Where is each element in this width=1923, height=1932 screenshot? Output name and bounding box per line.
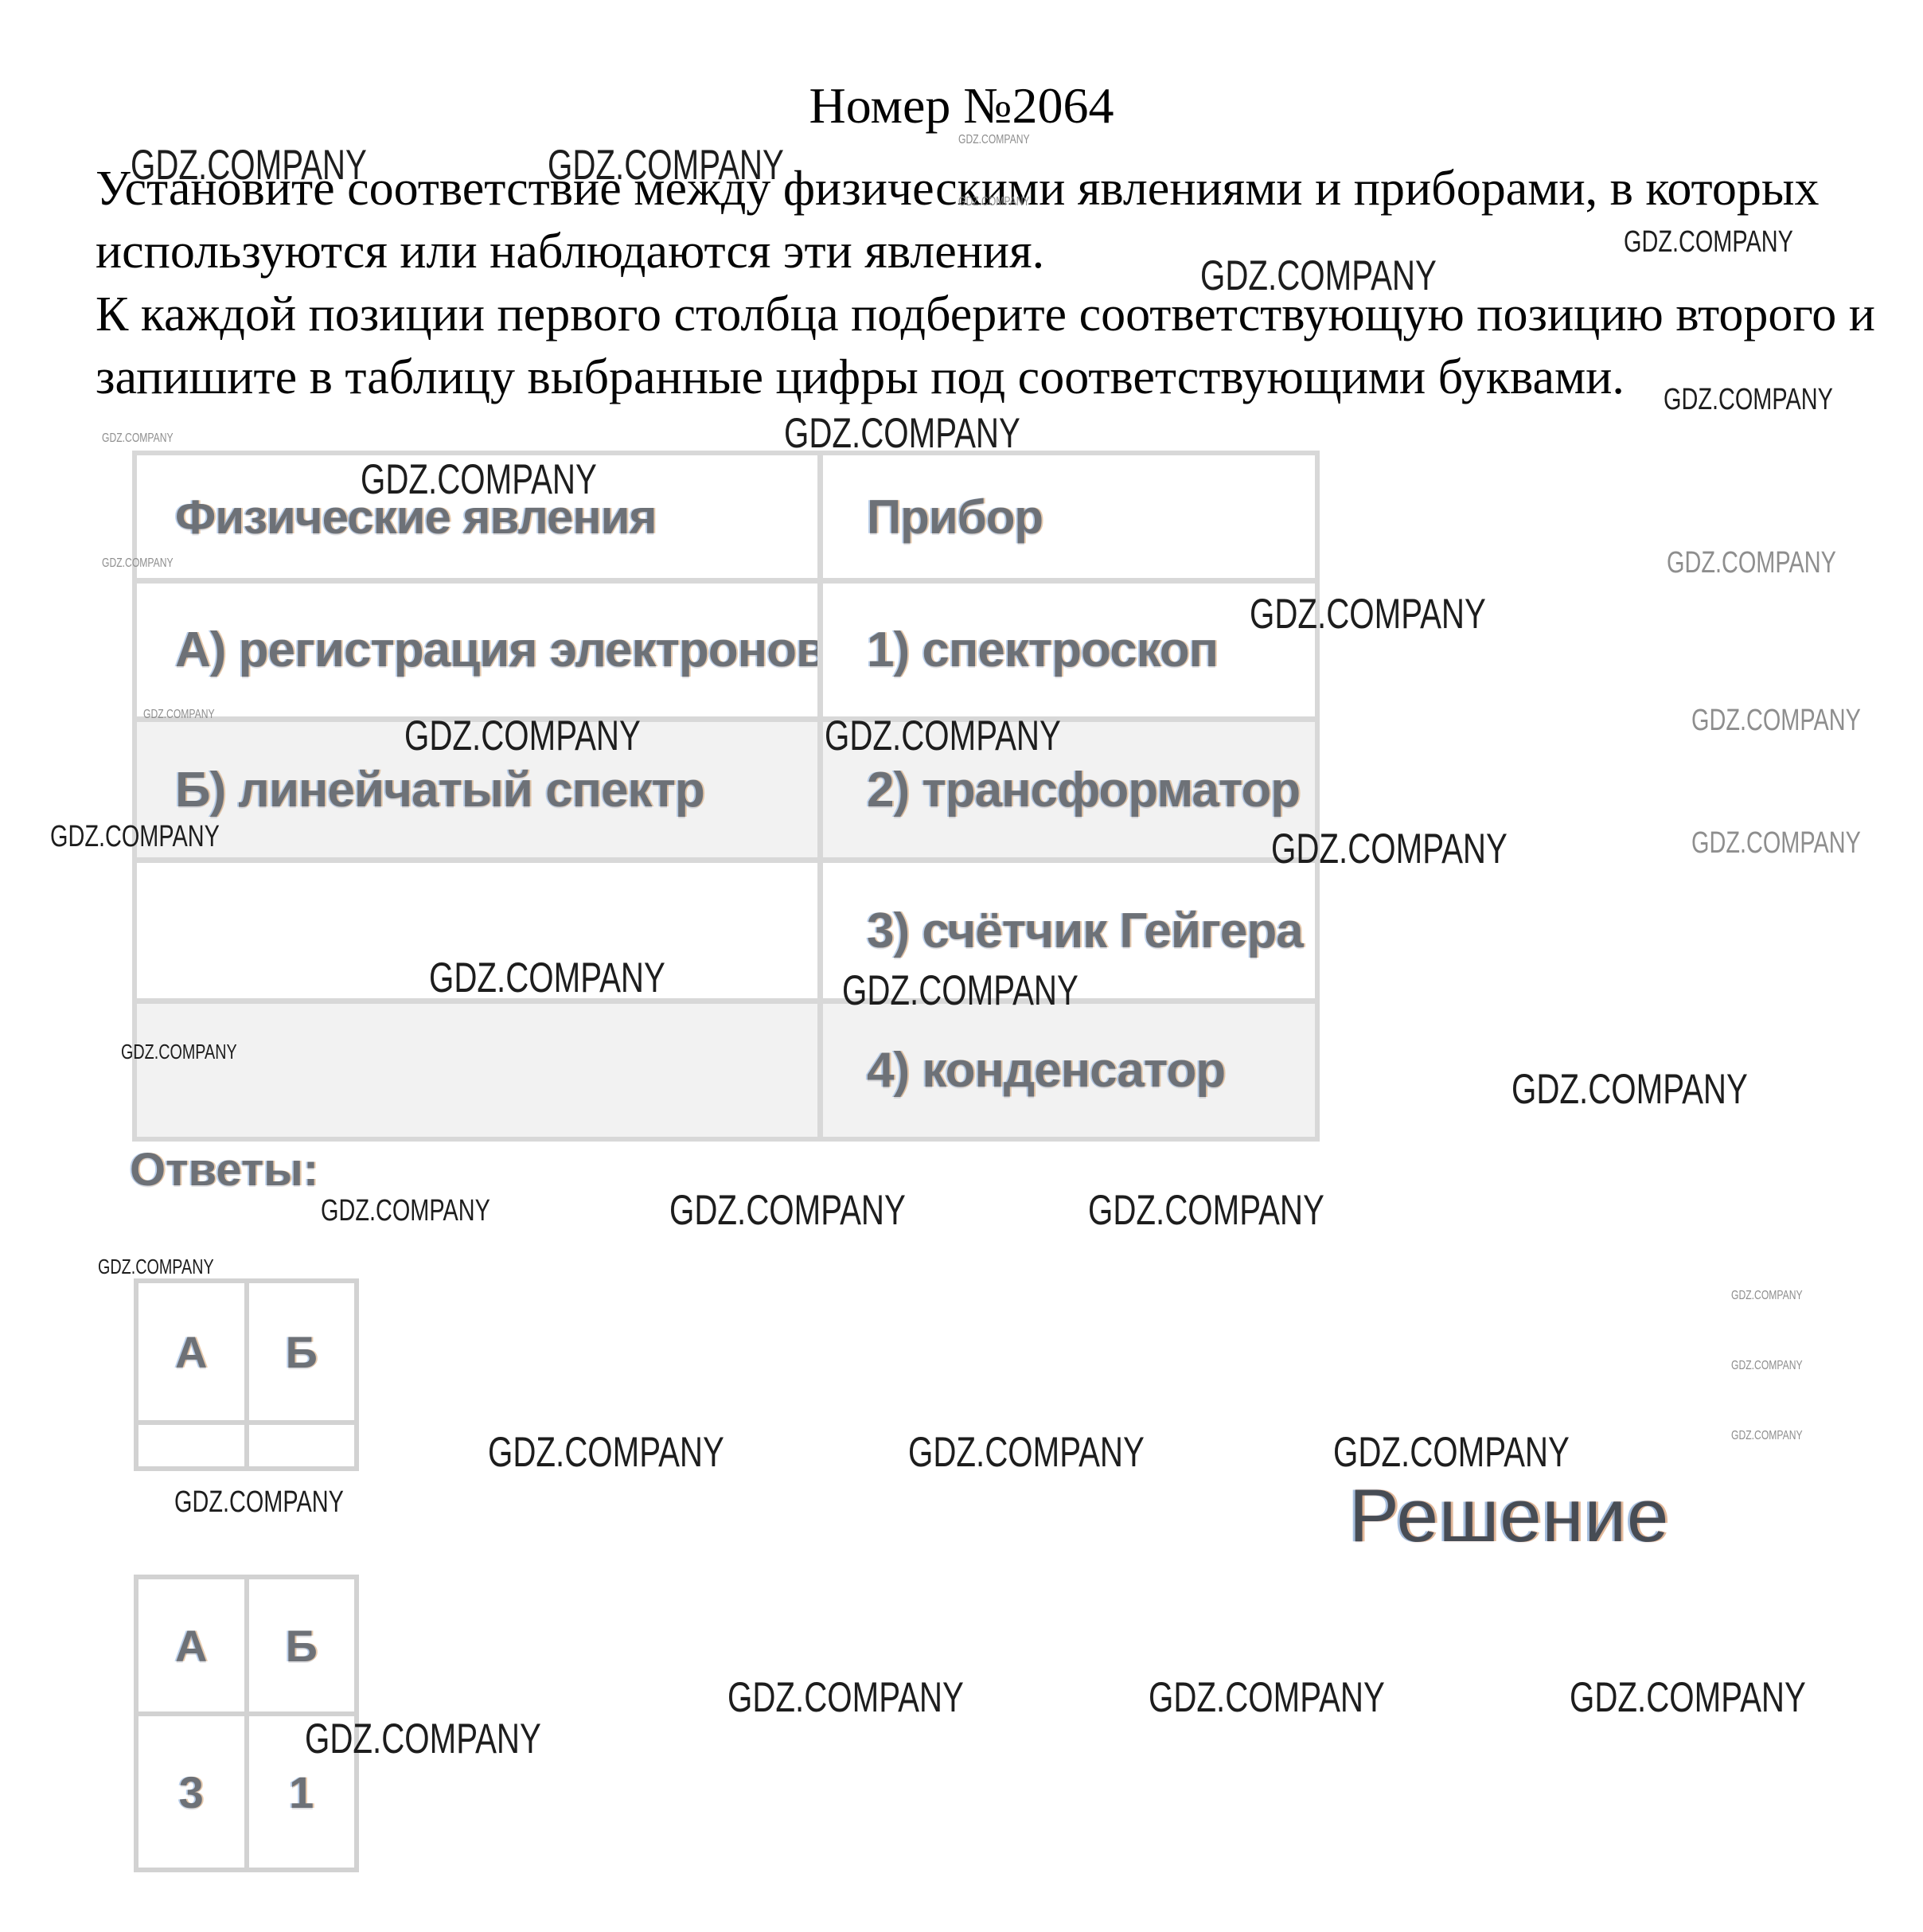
- match-cell-device-2: 2) трансформатор: [823, 722, 1315, 857]
- document-page: GDZ.COMPANYGDZ.COMPANYGDZ.COMPANYGDZ.COM…: [0, 0, 1923, 1932]
- problem-statement: Установите соответствие между физическим…: [96, 158, 1839, 409]
- watermark-text: GDZ.COMPANY: [1333, 1431, 1570, 1473]
- match-cell-empty-left-4: [137, 1004, 817, 1137]
- watermark-text: GDZ.COMPANY: [174, 1487, 344, 1517]
- watermark-text: GDZ.COMPANY: [1149, 1676, 1385, 1719]
- solution-table-header-b: Б: [249, 1579, 355, 1711]
- solution-table-value-b: 1: [249, 1716, 355, 1868]
- watermark-text: GDZ.COMPANY: [727, 1676, 964, 1719]
- problem-line-3: К каждой позиции первого столбца подбери…: [96, 283, 1839, 346]
- match-cell-device-1: 1) спектроскоп: [823, 584, 1315, 716]
- watermark-text: GDZ.COMPANY: [1691, 705, 1861, 736]
- watermark-text: GDZ.COMPANY: [1667, 548, 1836, 578]
- watermark-text: GDZ.COMPANY: [1731, 1430, 1803, 1442]
- match-cell-phenomenon-a: А) регистрация электронов: [137, 584, 817, 716]
- match-cell-device-4: 4) конденсатор: [823, 1004, 1315, 1137]
- watermark-text: GDZ.COMPANY: [1570, 1676, 1806, 1719]
- watermark-text: GDZ.COMPANY: [784, 412, 1020, 455]
- match-header-device: Прибор: [823, 455, 1315, 578]
- problem-line-2: используются или наблюдаются эти явления…: [96, 221, 1839, 283]
- watermark-text: GDZ.COMPANY: [488, 1431, 724, 1473]
- answers-solution-table: А Б 3 1: [134, 1575, 359, 1872]
- watermark-text: GDZ.COMPANY: [669, 1189, 906, 1231]
- solution-table-value-a: 3: [138, 1716, 244, 1868]
- watermark-text: GDZ.COMPANY: [1088, 1189, 1324, 1231]
- problem-line-4: запишите в таблицу выбранные цифры под с…: [96, 346, 1839, 409]
- watermark-text: GDZ.COMPANY: [1691, 828, 1861, 858]
- watermark-text: GDZ.COMPANY: [1511, 1068, 1748, 1110]
- match-cell-empty-left-3: [137, 863, 817, 998]
- blank-table-value-a: [138, 1425, 244, 1466]
- watermark-text: GDZ.COMPANY: [1731, 1290, 1803, 1302]
- blank-table-header-a: А: [138, 1283, 244, 1420]
- solution-label: Решение: [1349, 1473, 1669, 1559]
- problem-line-1: Установите соответствие между физическим…: [96, 158, 1839, 221]
- watermark-text: GDZ.COMPANY: [321, 1196, 490, 1226]
- blank-table-value-b: [249, 1425, 355, 1466]
- page-title: Номер №2064: [0, 76, 1923, 135]
- solution-table-header-a: А: [138, 1579, 244, 1711]
- match-header-phenomena: Физические явления: [137, 455, 817, 578]
- watermark-text: GDZ.COMPANY: [958, 134, 1030, 146]
- answers-blank-table: А Б: [134, 1278, 359, 1471]
- watermark-text: GDZ.COMPANY: [908, 1431, 1145, 1473]
- watermark-text: GDZ.COMPANY: [1731, 1360, 1803, 1372]
- watermark-text: GDZ.COMPANY: [102, 432, 174, 445]
- watermark-text: GDZ.COMPANY: [98, 1256, 214, 1277]
- blank-table-header-b: Б: [249, 1283, 355, 1420]
- match-cell-phenomenon-b: Б) линейчатый спектр: [137, 722, 817, 857]
- match-cell-device-3: 3) счётчик Гейгера: [823, 863, 1315, 998]
- match-table: Физические явления Прибор А) регистрация…: [132, 451, 1320, 1142]
- answers-label: Ответы:: [130, 1143, 318, 1196]
